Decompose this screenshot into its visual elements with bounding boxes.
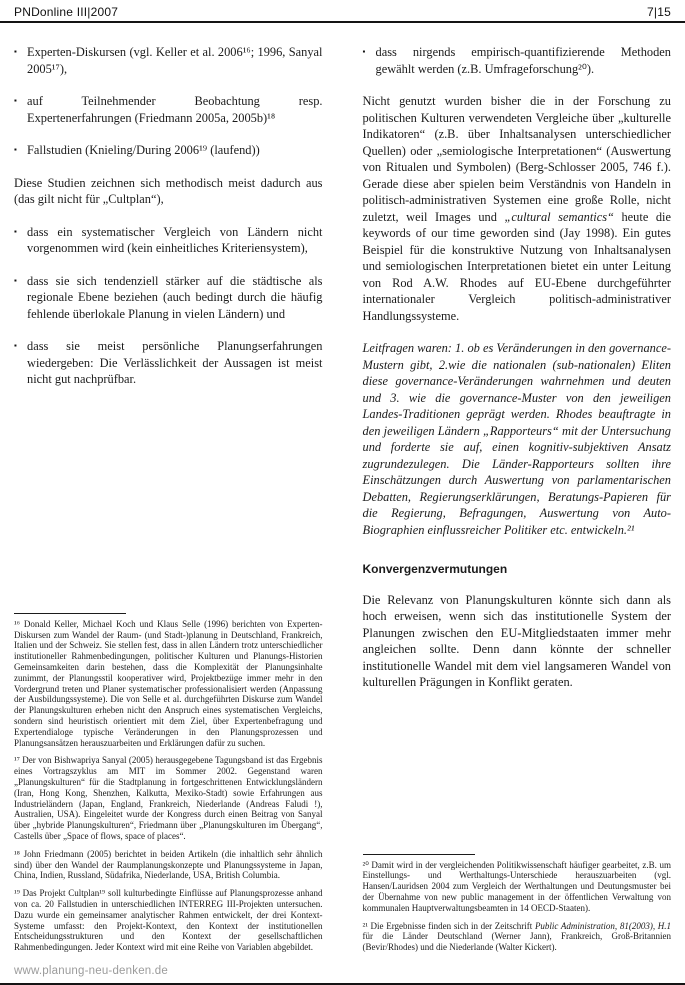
italic-phrase: „cultural semantics“ [505,210,614,224]
paragraph: Diese Studien zeichnen sich methodisch m… [14,175,323,208]
footnote-20: ²⁰ Damit wird in der vergleichenden Poli… [363,860,672,914]
square-bullet-icon: ▪ [14,224,27,257]
journal-name-italic: Public Administration, 81(2003), H.1 [535,921,671,931]
square-bullet-icon: ▪ [363,44,376,77]
list-item: ▪ dass sie meist persönliche Planungserf… [14,338,323,388]
square-bullet-icon: ▪ [14,93,27,126]
square-bullet-icon: ▪ [14,273,27,323]
list-item-text: dass sie sich tendenziell stärker auf di… [27,273,323,323]
list-item-text: Experten-Diskursen (vgl. Keller et al. 2… [27,44,323,77]
footnote-rule [363,854,475,855]
paragraph: Nicht genutzt wurden bisher die in der F… [363,93,672,324]
square-bullet-icon: ▪ [14,44,27,77]
list-item-text: dass sie meist persönliche Planungserfah… [27,338,323,388]
footnote-segment: ²¹ Die Ergebnisse finden sich in der Zei… [363,921,535,931]
paragraph-segment: heute die keywords of our time geworden … [363,210,672,323]
list-item-text: dass nirgends empirisch-quantifizierende… [376,44,672,77]
list-item-text: dass ein systematischer Vergleich von Lä… [27,224,323,257]
list-item-text: auf Teilnehmender Beobachtung resp. Expe… [27,93,323,126]
footnote-rule [14,613,126,614]
footer-url[interactable]: www.planung-neu-denken.de [14,965,168,977]
header-rule [0,21,685,23]
footnote-21: ²¹ Die Ergebnisse finden sich in der Zei… [363,921,672,953]
section-heading: Konvergenzvermutungen [363,562,672,578]
list-item: ▪ dass sie sich tendenziell stärker auf … [14,273,323,323]
list-item: ▪ Fallstudien (Knieling/During 2006¹⁹ (l… [14,142,323,159]
list-item: ▪ auf Teilnehmender Beobachtung resp. Ex… [14,93,323,126]
list-item: ▪ dass ein systematischer Vergleich von … [14,224,323,257]
square-bullet-icon: ▪ [14,338,27,388]
footnote-18: ¹⁸ John Friedmann (2005) berichtet in be… [14,849,323,881]
page-number: 7|15 [647,5,671,19]
paragraph-segment: Nicht genutzt wurden bisher die in der F… [363,94,672,224]
footnote-block: ¹⁶ Donald Keller, Michael Koch und Klaus… [14,613,323,953]
square-bullet-icon: ▪ [14,142,27,159]
list-item: ▪ dass nirgends empirisch-quantifizieren… [363,44,672,77]
footnote-17: ¹⁷ Der von Bishwapriya Sanyal (2005) her… [14,755,323,841]
journal-title: PNDonline III|2007 [14,5,118,19]
footnote-block: ²⁰ Damit wird in der vergleichenden Poli… [363,854,672,953]
footnote-19: ¹⁹ Das Projekt Cultplan¹⁹ soll kulturbed… [14,888,323,953]
italic-paragraph: Leitfragen waren: 1. ob es Veränderungen… [363,340,672,538]
page-header: PNDonline III|2007 7|15 [0,0,685,19]
two-column-body: ▪ Experten-Diskursen (vgl. Keller et al.… [14,44,671,953]
list-item: ▪ Experten-Diskursen (vgl. Keller et al.… [14,44,323,77]
footnote-segment: für die Länder Deutschland (Werner Jann)… [363,931,672,952]
document-page: PNDonline III|2007 7|15 ▪ Experten-Disku… [0,0,685,985]
right-column: ▪ dass nirgends empirisch-quantifizieren… [363,44,672,953]
left-column: ▪ Experten-Diskursen (vgl. Keller et al.… [14,44,323,953]
paragraph: Die Relevanz von Planungskulturen könnte… [363,592,672,691]
footnote-16: ¹⁶ Donald Keller, Michael Koch und Klaus… [14,619,323,749]
list-item-text: Fallstudien (Knieling/During 2006¹⁹ (lau… [27,142,323,159]
